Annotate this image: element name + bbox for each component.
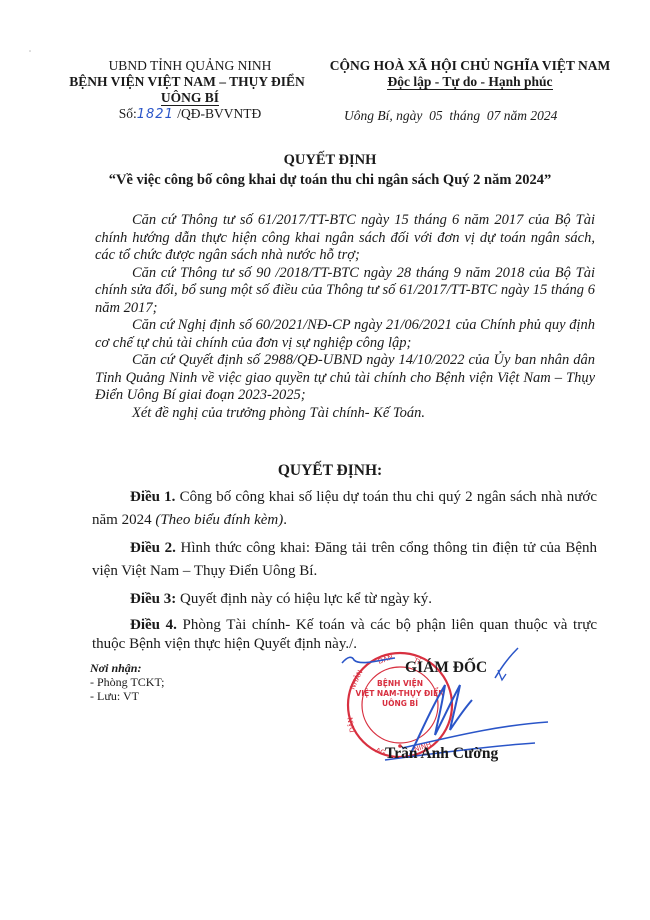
legal-basis: Căn cứ Thông tư số 61/2017/TT-BTC ngày 1…	[95, 212, 595, 422]
article-label: Điều 1.	[130, 489, 175, 505]
national-motto: Độc lập - Tự do - Hạnh phúc	[387, 74, 552, 90]
document-number: Số:1821 /QĐ-BVVNTĐ	[60, 106, 320, 123]
legal-basis-item: Xét đề nghị của trưởng phòng Tài chính- …	[95, 405, 595, 423]
article-label: Điều 3:	[130, 591, 176, 607]
signatory-name: Trần Anh Cường	[385, 745, 498, 763]
recipients: Nơi nhận: - Phòng TCKT; - Lưu: VT	[90, 661, 164, 703]
nation-name: CỘNG HOÀ XÃ HỘI CHỦ NGHĨA VIỆT NAM	[320, 58, 620, 74]
number-suffix: /QĐ-BVVNTĐ	[174, 106, 261, 121]
legal-basis-item: Căn cứ Quyết định số 2988/QĐ-UBND ngày 1…	[95, 352, 595, 405]
article-end: .	[283, 512, 287, 528]
article-label: Điều 4.	[130, 617, 177, 633]
legal-basis-item: Căn cứ Thông tư số 61/2017/TT-BTC ngày 1…	[95, 212, 595, 265]
national-heading-block: CỘNG HOÀ XÃ HỘI CHỦ NGHĨA VIỆT NAM Độc l…	[320, 58, 620, 90]
scan-speck	[28, 40, 32, 44]
article-2: Điều 2. Hình thức công khai: Đăng tải tr…	[92, 537, 597, 583]
legal-basis-item: Căn cứ Nghị định số 60/2021/NĐ-CP ngày 2…	[95, 317, 595, 352]
place-date: Uông Bí, ngày 05 tháng 07 năm 2024	[344, 108, 557, 124]
decision-heading: QUYẾT ĐỊNH:	[80, 462, 580, 480]
document-title: QUYẾT ĐỊNH	[80, 152, 580, 169]
organization-location: UÔNG BÍ	[161, 91, 219, 106]
handwritten-number: 1821	[137, 107, 174, 122]
article-1: Điều 1. Công bố công khai số liệu dự toá…	[92, 486, 597, 532]
authority-name: UBND TỈNH QUẢNG NINH	[60, 58, 320, 74]
recipient-item: - Phòng TCKT;	[90, 675, 164, 689]
number-prefix: Số:	[119, 106, 137, 121]
document-subtitle: “Về việc công bố công khai dự toán thu c…	[60, 172, 600, 189]
article-label: Điều 2.	[130, 540, 176, 556]
article-text: Quyết định này có hiệu lực kể từ ngày ký…	[176, 591, 432, 607]
legal-basis-item: Căn cứ Thông tư số 90 /2018/TT-BTC ngày …	[95, 265, 595, 318]
article-3: Điều 3: Quyết định này có hiệu lực kể từ…	[92, 588, 597, 611]
recipient-item: - Lưu: VT	[90, 689, 164, 703]
article-note: (Theo biểu đính kèm)	[155, 512, 283, 528]
document-page: UBND TỈNH QUẢNG NINH BỆNH VIỆN VIỆT NAM …	[0, 0, 650, 920]
organization-name: BỆNH VIỆN VIỆT NAM – THỤY ĐIỂN	[54, 74, 320, 90]
recipients-label: Nơi nhận:	[90, 661, 164, 675]
issuing-authority-block: UBND TỈNH QUẢNG NINH BỆNH VIỆN VIỆT NAM …	[60, 58, 320, 123]
